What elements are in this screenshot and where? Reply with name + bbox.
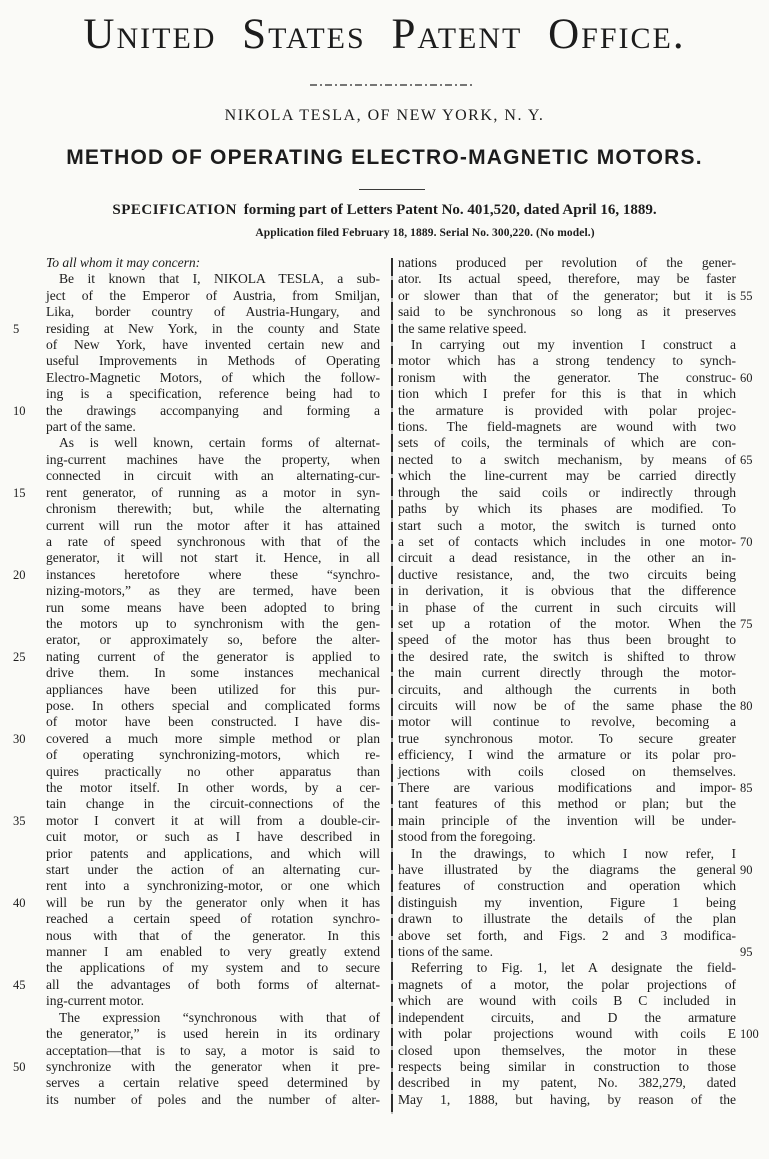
- text-line: a rate of speed synchronous with that of…: [46, 534, 380, 550]
- line-text: ator. Its actual speed, therefore, may b…: [398, 271, 736, 286]
- specification-line: SPECIFICATION forming part of Letters Pa…: [0, 202, 769, 219]
- line-text: or slower than that of the generator; bu…: [398, 288, 736, 303]
- line-text: efficiency, I wind the armature or its p…: [398, 747, 736, 762]
- line-text: Electro-Magnetic Motors, of which the fo…: [46, 370, 380, 385]
- text-line: sets of coils, the terminals of which ar…: [398, 435, 736, 451]
- line-text: May 1, 1888, but having, by reason of th…: [398, 1092, 736, 1107]
- line-text: drive them. In some instances mechanical: [46, 665, 380, 680]
- text-line: In the drawings, to which I now refer, I: [398, 846, 736, 862]
- line-text: circuits, and although the currents in b…: [398, 682, 736, 697]
- line-text: circuit a dead resistance, in the other …: [398, 550, 736, 565]
- right-column: nations produced per revolution of the g…: [398, 255, 736, 1108]
- text-line: May 1, 1888, but having, by reason of th…: [398, 1092, 736, 1108]
- text-line: 50synchronize with the generator when it…: [46, 1059, 380, 1075]
- text-line: 60ronism with the generator. The constru…: [398, 370, 736, 386]
- text-line: 10the drawings accompanying and forming …: [46, 403, 380, 419]
- text-line: reached a certain speed of rotation sync…: [46, 911, 380, 927]
- line-text: ing-current machines have the property, …: [46, 452, 380, 467]
- text-line: nous with that of the generator. In this: [46, 928, 380, 944]
- text-line: manner I am enabled to very greatly exte…: [46, 944, 380, 960]
- line-text: tion which I prefer for this is that in …: [398, 386, 736, 401]
- text-line: run some means have been adopted to brin…: [46, 600, 380, 616]
- line-text: the main current directly through the mo…: [398, 665, 736, 680]
- line-text: tant features of this method or plan; bu…: [398, 796, 736, 811]
- line-text: motor I convert it at will from a double…: [46, 813, 380, 828]
- text-line: ing-current machines have the property, …: [46, 452, 380, 468]
- line-text: As is well known, certain forms of alter…: [59, 435, 380, 450]
- line-text: the applications of my system and to sec…: [46, 960, 380, 975]
- text-line: closed upon themselves, the motor in the…: [398, 1043, 736, 1059]
- line-text: a rate of speed synchronous with that of…: [46, 534, 380, 549]
- line-text: run some means have been adopted to brin…: [46, 600, 380, 615]
- text-line: which are wound with coils B C included …: [398, 993, 736, 1009]
- line-text: which the line-current may be carried di…: [398, 468, 736, 483]
- line-number: 75: [740, 616, 769, 632]
- line-text: ject of the Emperor of Austria, from Smi…: [46, 288, 380, 303]
- text-line: 85There are various modifications and im…: [398, 780, 736, 796]
- line-text: ing is a specification, reference being …: [46, 386, 380, 401]
- line-text: prior patents and applications, and whic…: [46, 846, 380, 861]
- text-line: In carrying out my invention I construct…: [398, 337, 736, 353]
- line-text: said to be synchronous so long as it pre…: [398, 304, 736, 319]
- text-line: chronism therewith; but, while the alter…: [46, 501, 380, 517]
- line-text: tions. The field-magnets are wound with …: [398, 419, 736, 434]
- text-line: motor which has a strong tendency to syn…: [398, 353, 736, 369]
- line-text: Lika, border country of Austria-Hungary,…: [46, 304, 380, 319]
- line-number: 5: [13, 321, 40, 337]
- text-line: of motor have been constructed. I have d…: [46, 714, 380, 730]
- text-line: the applications of my system and to sec…: [46, 960, 380, 976]
- text-line: circuit a dead resistance, in the other …: [398, 550, 736, 566]
- text-line: 5residing at New York, in the county and…: [46, 321, 380, 337]
- line-text: rent into a synchronizing-motor, or one …: [46, 878, 380, 893]
- line-text: generator, it will not start it. Hence, …: [46, 550, 380, 565]
- line-text: pose. In others special and complicated …: [46, 698, 380, 713]
- text-line: 55or slower than that of the generator; …: [398, 288, 736, 304]
- line-text: residing at New York, in the county and …: [46, 321, 380, 336]
- text-line: the motors up to synchronism with the ge…: [46, 616, 380, 632]
- line-text: erator, or approximately so, before the …: [46, 632, 380, 647]
- text-line: 80circuits will now be of the same phase…: [398, 698, 736, 714]
- text-line: 75set up a rotation of the motor. When t…: [398, 616, 736, 632]
- line-number: 15: [13, 485, 40, 501]
- line-text: main principle of the invention will be …: [398, 813, 736, 828]
- text-line: speed of the motor has thus been brought…: [398, 632, 736, 648]
- text-line: ing-current motor.: [46, 993, 380, 1009]
- line-text: paths by which its phases are modified. …: [398, 501, 736, 516]
- line-text: with polar projections wound with coils …: [398, 1026, 736, 1041]
- line-text: Be it known that I, NIKOLA TESLA, a sub-: [59, 271, 380, 286]
- text-line: ator. Its actual speed, therefore, may b…: [398, 271, 736, 287]
- line-text: connected in circuit with an alternating…: [46, 468, 380, 483]
- text-line: 30covered a much more simple method or p…: [46, 731, 380, 747]
- text-line: pose. In others special and complicated …: [46, 698, 380, 714]
- line-text: which are wound with coils B C included …: [398, 993, 736, 1008]
- line-text: tions of the same.: [398, 944, 493, 959]
- text-line: nations produced per revolution of the g…: [398, 255, 736, 271]
- text-line: tion which I prefer for this is that in …: [398, 386, 736, 402]
- page-title: United States Patent Office.: [0, 10, 769, 59]
- line-text: nizing-motors,” as they are termed, have…: [46, 583, 380, 598]
- text-line: 25nating current of the generator is app…: [46, 649, 380, 665]
- line-number: 45: [13, 977, 40, 993]
- line-text: of New York, have invented certain new a…: [46, 337, 380, 352]
- text-line: true synchronous motor. To secure greate…: [398, 731, 736, 747]
- text-line: quires practically no other apparatus th…: [46, 764, 380, 780]
- line-number: 100: [740, 1026, 769, 1042]
- text-line: jections with coils closed on themselves…: [398, 764, 736, 780]
- inventor-line: NIKOLA TESLA, OF NEW YORK, N. Y.: [0, 107, 769, 125]
- line-text: the desired rate, the switch is shifted …: [398, 649, 736, 664]
- text-line: motor will continue to revolve, becoming…: [398, 714, 736, 730]
- text-line: start under the action of an alternating…: [46, 862, 380, 878]
- application-line: Application filed February 18, 1889. Ser…: [55, 227, 769, 239]
- line-text: the same relative speed.: [398, 321, 527, 336]
- line-number: 40: [13, 895, 40, 911]
- text-line: cuit motor, or such as I have described …: [46, 829, 380, 845]
- line-text: the motors up to synchronism with the ge…: [46, 616, 380, 631]
- text-line: the motor itself. In other words, by a c…: [46, 780, 380, 796]
- text-line: ing is a specification, reference being …: [46, 386, 380, 402]
- line-text: will be run by the generator only when i…: [46, 895, 380, 910]
- line-number: 60: [740, 370, 769, 386]
- text-line: generator, it will not start it. Hence, …: [46, 550, 380, 566]
- text-line: above set forth, and Figs. 2 and 3 modif…: [398, 928, 736, 944]
- text-line: the generator,” is used herein in its or…: [46, 1026, 380, 1042]
- text-line: efficiency, I wind the armature or its p…: [398, 747, 736, 763]
- line-number: 35: [13, 813, 40, 829]
- text-line: useful Improvements in Methods of Operat…: [46, 353, 380, 369]
- text-line: 65nected to a switch mechanism, by means…: [398, 452, 736, 468]
- line-number: 80: [740, 698, 769, 714]
- line-text: of motor have been constructed. I have d…: [46, 714, 380, 729]
- line-text: synchronize with the generator when it p…: [46, 1059, 380, 1074]
- text-line: stood from the foregoing.: [398, 829, 736, 845]
- text-line: which the line-current may be carried di…: [398, 468, 736, 484]
- line-text: current will run the motor after it has …: [46, 518, 380, 533]
- text-line: 45all the advantages of both forms of al…: [46, 977, 380, 993]
- text-line: paths by which its phases are modified. …: [398, 501, 736, 517]
- line-number: 95: [740, 944, 769, 960]
- line-text: magnets of a motor, the polar projection…: [398, 977, 736, 992]
- text-line: in phase of the current in such circuits…: [398, 600, 736, 616]
- section-rule: [359, 189, 425, 190]
- line-text: the generator,” is used herein in its or…: [46, 1026, 380, 1041]
- text-line: respects being similar in construction t…: [398, 1059, 736, 1075]
- line-text: reached a certain speed of rotation sync…: [46, 911, 380, 926]
- line-text: serves a certain relative speed determin…: [46, 1075, 380, 1090]
- line-text: motor will continue to revolve, becoming…: [398, 714, 736, 729]
- line-text: all the advantages of both forms of alte…: [46, 977, 380, 992]
- text-line: part of the same.: [46, 419, 380, 435]
- line-text: There are various modifications and impo…: [398, 780, 736, 795]
- text-line: prior patents and applications, and whic…: [46, 846, 380, 862]
- line-text: rent generator, of running as a motor in…: [46, 485, 380, 500]
- line-text: Referring to Fig. 1, let A designate the…: [411, 960, 736, 975]
- text-line: drive them. In some instances mechanical: [46, 665, 380, 681]
- line-text: In the drawings, to which I now refer, I: [411, 846, 736, 861]
- line-number: 10: [13, 403, 40, 419]
- text-line: 40will be run by the generator only when…: [46, 895, 380, 911]
- line-text: respects being similar in construction t…: [398, 1059, 736, 1074]
- line-text: the motor itself. In other words, by a c…: [46, 780, 380, 795]
- text-line: independent circuits, and D the armature: [398, 1010, 736, 1026]
- text-line: said to be synchronous so long as it pre…: [398, 304, 736, 320]
- text-line: 70a set of contacts which includes in on…: [398, 534, 736, 550]
- line-text: a set of contacts which includes in one …: [398, 534, 736, 549]
- line-text: the armature is provided with polar proj…: [398, 403, 736, 418]
- text-line: 100with polar projections wound with coi…: [398, 1026, 736, 1042]
- text-line: 20instances heretofore where these “sync…: [46, 567, 380, 583]
- text-line: ject of the Emperor of Austria, from Smi…: [46, 288, 380, 304]
- text-line: serves a certain relative speed determin…: [46, 1075, 380, 1091]
- text-line: erator, or approximately so, before the …: [46, 632, 380, 648]
- text-line: tant features of this method or plan; bu…: [398, 796, 736, 812]
- line-text: instances heretofore where these “synchr…: [46, 567, 380, 582]
- specification-label: SPECIFICATION: [112, 202, 237, 218]
- line-text: nected to a switch mechanism, by means o…: [398, 452, 736, 467]
- text-line: 90have illustrated by the diagrams the g…: [398, 862, 736, 878]
- text-line: distinguish my invention, Figure 1 being: [398, 895, 736, 911]
- text-line: in derivation, it is obvious that the di…: [398, 583, 736, 599]
- text-line: its number of poles and the number of al…: [46, 1092, 380, 1108]
- line-text: in phase of the current in such circuits…: [398, 600, 736, 615]
- specification-text: forming part of Letters Patent No. 401,5…: [244, 202, 657, 218]
- text-line: features of construction and operation w…: [398, 878, 736, 894]
- text-line: the armature is provided with polar proj…: [398, 403, 736, 419]
- line-text: covered a much more simple method or pla…: [46, 731, 380, 746]
- line-number: 30: [13, 731, 40, 747]
- text-line: 35motor I convert it at will from a doub…: [46, 813, 380, 829]
- text-line: drawn to illustrate the details of the p…: [398, 911, 736, 927]
- line-text: useful Improvements in Methods of Operat…: [46, 353, 380, 368]
- text-line: described in my patent, No. 382,279, dat…: [398, 1075, 736, 1091]
- line-text: set up a rotation of the motor. When the: [398, 616, 736, 631]
- line-text: the drawings accompanying and forming a: [46, 403, 380, 418]
- line-text: The expression “synchronous with that of: [59, 1010, 380, 1025]
- line-text: appliances have been utilized for this p…: [46, 682, 380, 697]
- line-text: ronism with the generator. The construc-: [398, 370, 736, 385]
- line-text: acceptation—that is to say, a motor is s…: [46, 1043, 380, 1058]
- line-text: features of construction and operation w…: [398, 878, 736, 893]
- left-column: To all whom it may concern:Be it known t…: [46, 255, 380, 1108]
- title-divider-ornament: [310, 84, 472, 86]
- patent-title: METHOD OF OPERATING ELECTRO-MAGNETIC MOT…: [0, 146, 769, 170]
- text-line: acceptation—that is to say, a motor is s…: [46, 1043, 380, 1059]
- line-text: ing-current motor.: [46, 993, 144, 1008]
- line-number: 85: [740, 780, 769, 796]
- line-text: tain change in the circuit-connections o…: [46, 796, 380, 811]
- line-text: closed upon themselves, the motor in the…: [398, 1043, 736, 1058]
- text-line: As is well known, certain forms of alter…: [46, 435, 380, 451]
- line-text: distinguish my invention, Figure 1 being: [398, 895, 736, 910]
- line-text: nations produced per revolution of the g…: [398, 255, 736, 270]
- line-text: true synchronous motor. To secure greate…: [398, 731, 736, 746]
- line-text: manner I am enabled to very greatly exte…: [46, 944, 380, 959]
- line-text: quires practically no other apparatus th…: [46, 764, 380, 779]
- text-line: Referring to Fig. 1, let A designate the…: [398, 960, 736, 976]
- line-number: 70: [740, 534, 769, 550]
- line-text: ductive resistance, and, the two circuit…: [398, 567, 736, 582]
- text-line: 15rent generator, of running as a motor …: [46, 485, 380, 501]
- line-text: chronism therewith; but, while the alter…: [46, 501, 380, 516]
- line-text: its number of poles and the number of al…: [46, 1092, 380, 1107]
- text-line: through the said coils or indirectly thr…: [398, 485, 736, 501]
- line-text: have illustrated by the diagrams the gen…: [398, 862, 736, 877]
- text-line: of operating synchronizing-motors, which…: [46, 747, 380, 763]
- patent-page: United States Patent Office. NIKOLA TESL…: [0, 0, 769, 1159]
- text-line: magnets of a motor, the polar projection…: [398, 977, 736, 993]
- line-text: To all whom it may concern:: [46, 255, 200, 270]
- line-text: stood from the foregoing.: [398, 829, 536, 844]
- line-text: sets of coils, the terminals of which ar…: [398, 435, 736, 450]
- column-divider: [391, 258, 393, 1114]
- text-line: ductive resistance, and, the two circuit…: [398, 567, 736, 583]
- line-number: 20: [13, 567, 40, 583]
- text-line: the desired rate, the switch is shifted …: [398, 649, 736, 665]
- text-line: Be it known that I, NIKOLA TESLA, a sub-: [46, 271, 380, 287]
- text-line: connected in circuit with an alternating…: [46, 468, 380, 484]
- text-line: appliances have been utilized for this p…: [46, 682, 380, 698]
- line-text: above set forth, and Figs. 2 and 3 modif…: [398, 928, 736, 943]
- text-line: the main current directly through the mo…: [398, 665, 736, 681]
- text-line: The expression “synchronous with that of: [46, 1010, 380, 1026]
- text-line: current will run the motor after it has …: [46, 518, 380, 534]
- text-line: circuits, and although the currents in b…: [398, 682, 736, 698]
- line-text: nating current of the generator is appli…: [46, 649, 380, 664]
- text-line: nizing-motors,” as they are termed, have…: [46, 583, 380, 599]
- line-text: motor which has a strong tendency to syn…: [398, 353, 736, 368]
- line-text: speed of the motor has thus been brought…: [398, 632, 736, 647]
- text-line: tions. The field-magnets are wound with …: [398, 419, 736, 435]
- line-text: part of the same.: [46, 419, 136, 434]
- line-number: 65: [740, 452, 769, 468]
- line-text: independent circuits, and D the armature: [398, 1010, 736, 1025]
- text-line: To all whom it may concern:: [46, 255, 380, 271]
- line-text: described in my patent, No. 382,279, dat…: [398, 1075, 736, 1090]
- text-line: of New York, have invented certain new a…: [46, 337, 380, 353]
- line-text: start under the action of an alternating…: [46, 862, 380, 877]
- line-text: in derivation, it is obvious that the di…: [398, 583, 736, 598]
- line-text: of operating synchronizing-motors, which…: [46, 747, 380, 762]
- text-line: tain change in the circuit-connections o…: [46, 796, 380, 812]
- line-text: In carrying out my invention I construct…: [411, 337, 736, 352]
- line-number: 90: [740, 862, 769, 878]
- text-line: Lika, border country of Austria-Hungary,…: [46, 304, 380, 320]
- text-line: main principle of the invention will be …: [398, 813, 736, 829]
- text-line: 95tions of the same.: [398, 944, 736, 960]
- line-text: drawn to illustrate the details of the p…: [398, 911, 736, 926]
- line-text: circuits will now be of the same phase t…: [398, 698, 736, 713]
- line-number: 25: [13, 649, 40, 665]
- line-text: nous with that of the generator. In this: [46, 928, 380, 943]
- line-text: through the said coils or indirectly thr…: [398, 485, 736, 500]
- text-line: Electro-Magnetic Motors, of which the fo…: [46, 370, 380, 386]
- line-number: 50: [13, 1059, 40, 1075]
- text-line: the same relative speed.: [398, 321, 736, 337]
- line-text: start such a motor, the switch is turned…: [398, 518, 736, 533]
- line-number: 55: [740, 288, 769, 304]
- line-text: jections with coils closed on themselves…: [398, 764, 736, 779]
- line-text: cuit motor, or such as I have described …: [46, 829, 380, 844]
- text-line: start such a motor, the switch is turned…: [398, 518, 736, 534]
- text-line: rent into a synchronizing-motor, or one …: [46, 878, 380, 894]
